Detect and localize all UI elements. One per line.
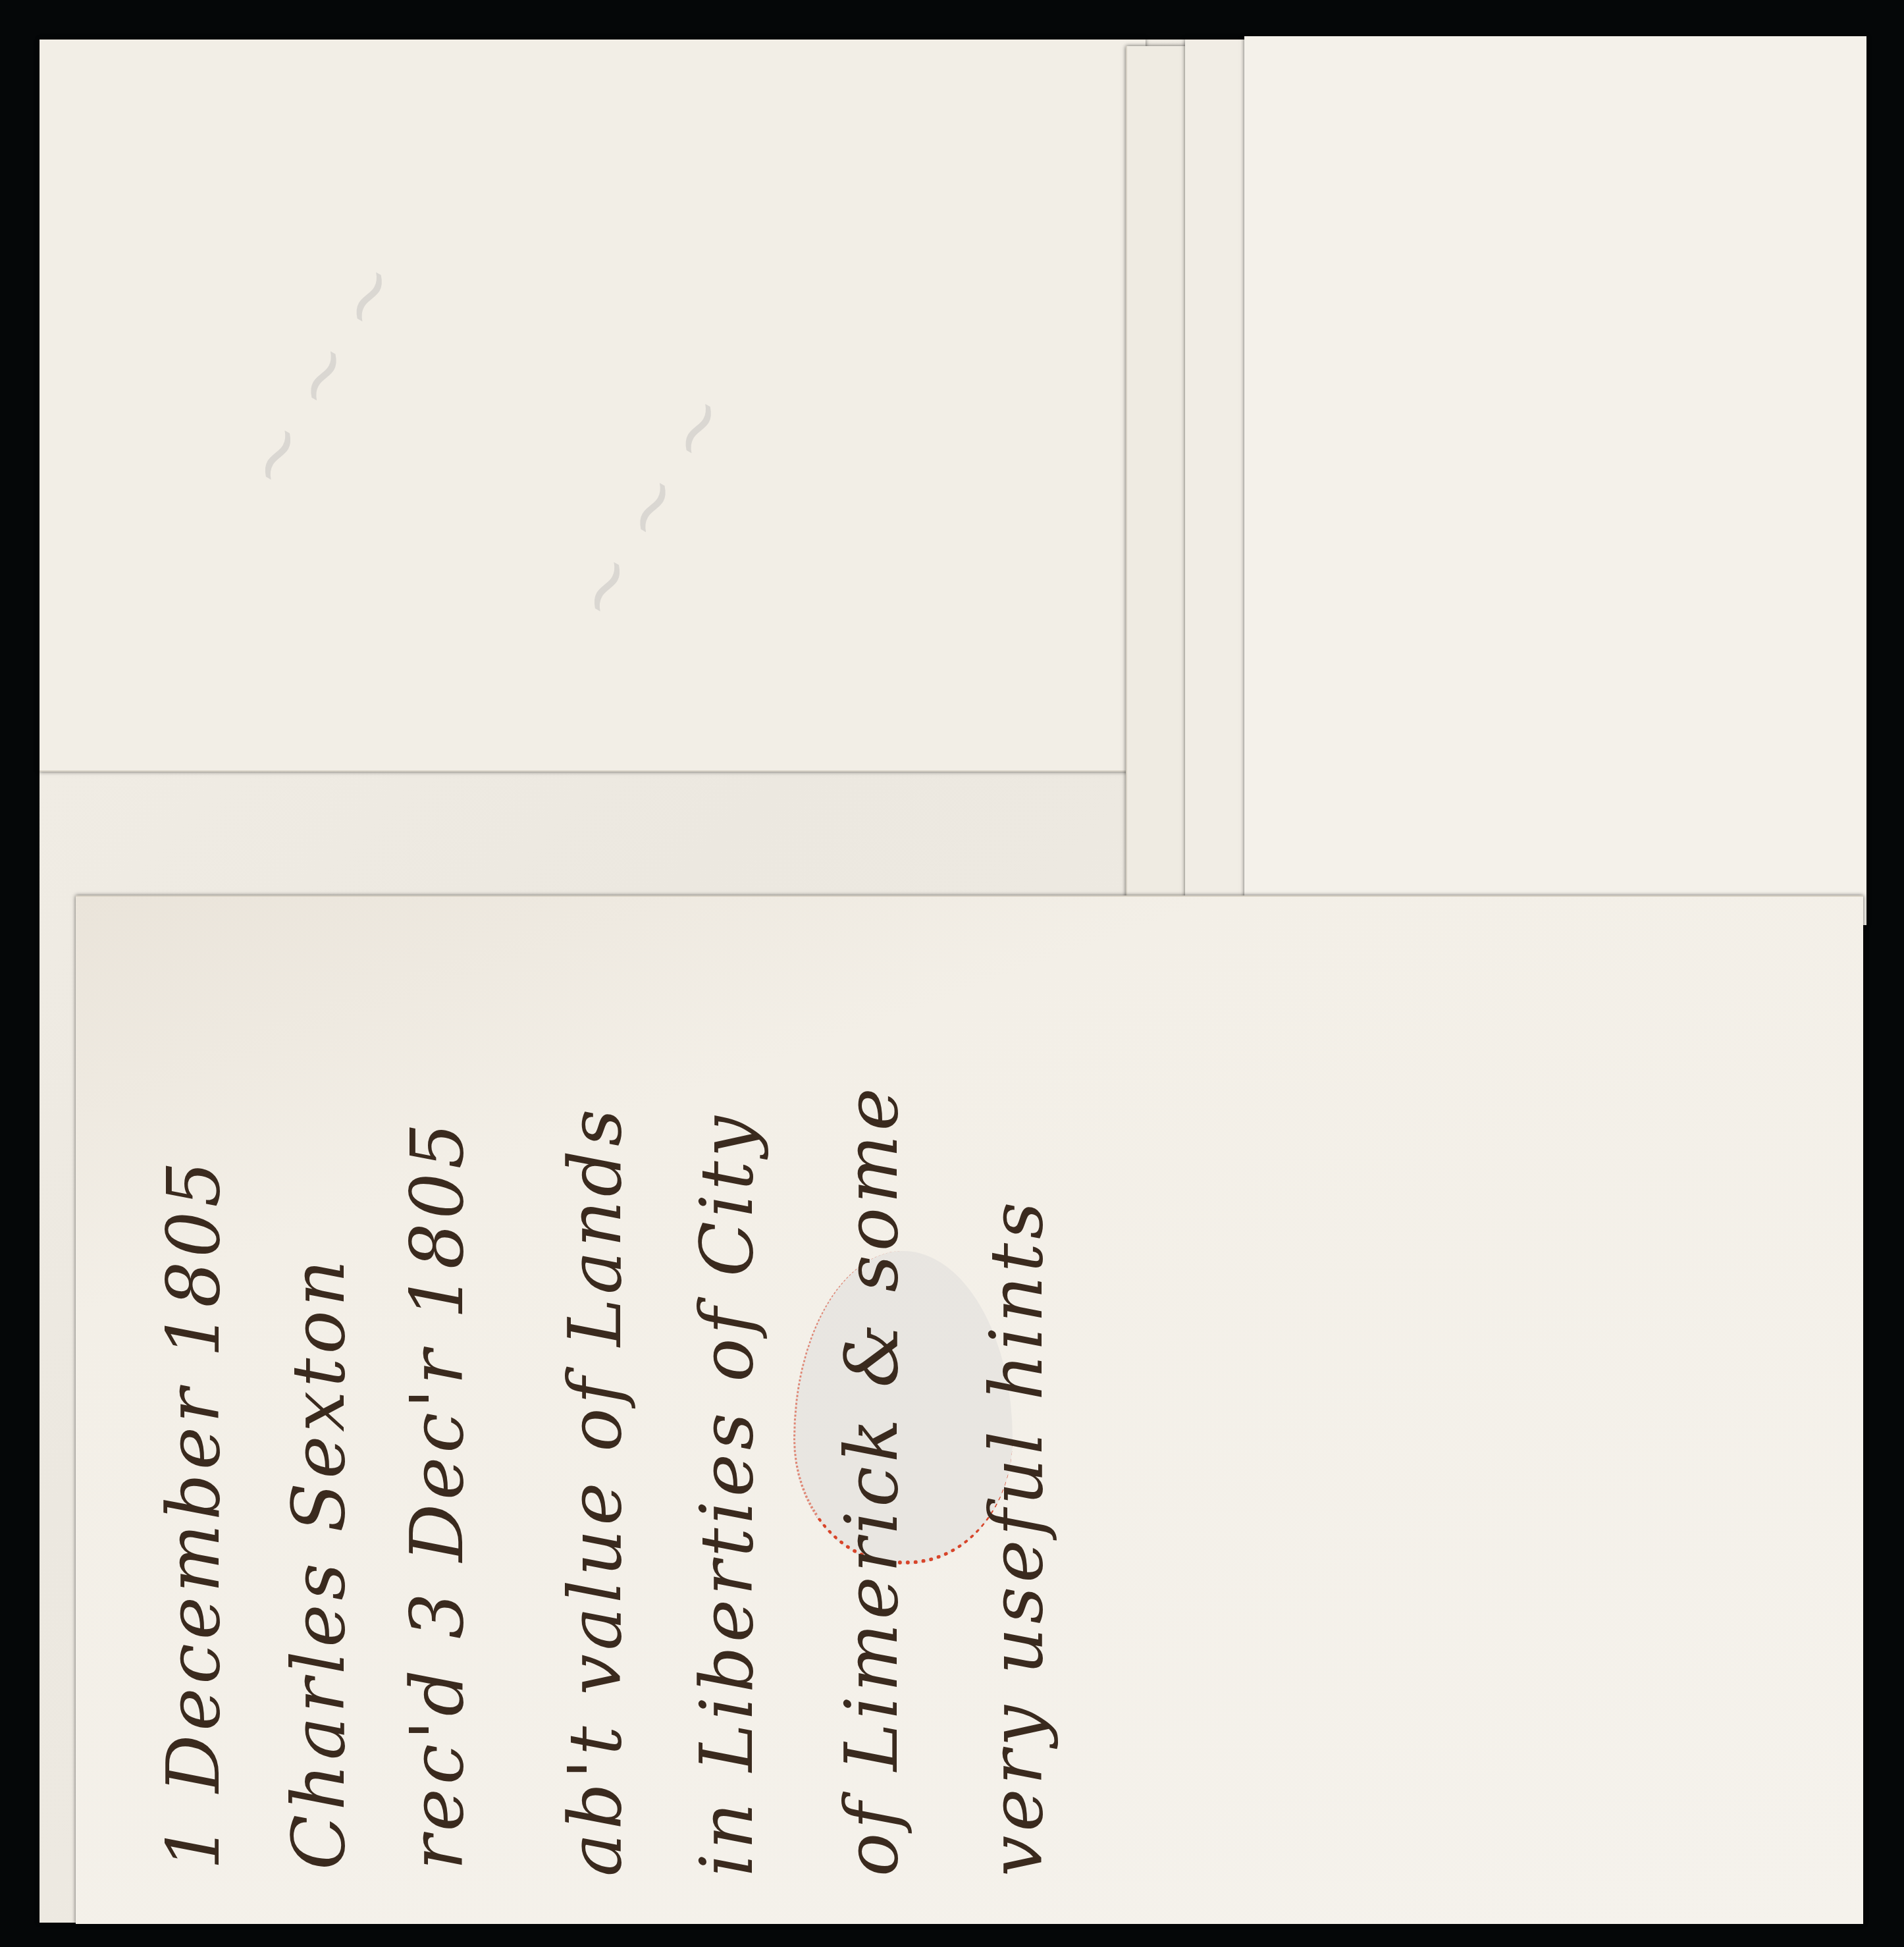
docket-line: of Limerick & some bbox=[830, 955, 914, 1877]
docket-line: Charles Sexton bbox=[277, 1080, 361, 1870]
docket-line: very useful hints bbox=[974, 955, 1059, 1877]
fold-strip bbox=[1126, 46, 1188, 915]
docket-line: in Liberties of City bbox=[685, 955, 769, 1877]
top-left-fold bbox=[40, 40, 1146, 772]
docket-line: ab't value of Lands bbox=[553, 955, 637, 1877]
fold-strip bbox=[1185, 40, 1253, 922]
docket-line: rec'd 3 Dec'r 1805 bbox=[395, 1080, 479, 1870]
right-fold bbox=[1244, 36, 1866, 925]
docket-line: 1 December 1805 bbox=[151, 1080, 236, 1870]
